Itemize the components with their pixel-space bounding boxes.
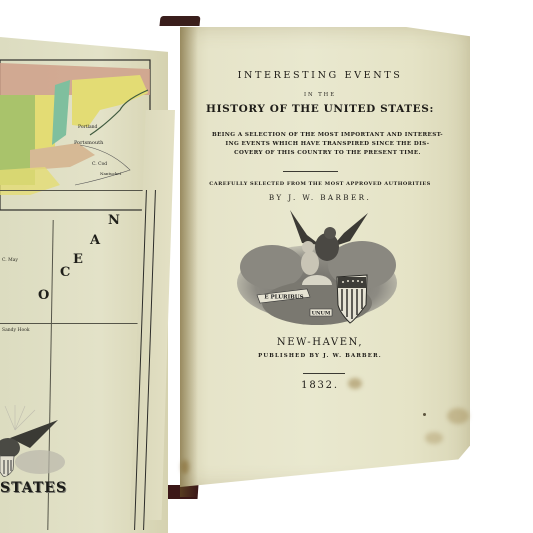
map-label-cape-may: C. May (2, 258, 18, 263)
book-photo: INTERESTING EVENTS IN THE HISTORY OF THE… (0, 0, 533, 533)
title-line-2: IN THE (190, 92, 450, 98)
map-label-nantucket: Nantucket (100, 171, 122, 176)
ocean-letter: N (108, 213, 122, 228)
foxing-stain (348, 378, 362, 389)
map-title-states: STATES (0, 480, 67, 496)
banner-text-1: E PLURIBUS (264, 295, 303, 301)
book-cover-top-edge (159, 16, 200, 26)
foxing-stain (447, 408, 469, 424)
subtitle: BEING A SELECTION OF THE MOST IMPORTANT … (200, 131, 455, 158)
publisher-line: PUBLISHED BY J. W. BARBER. (190, 353, 450, 359)
foxing-stain (181, 460, 189, 474)
eagle-vignette-icon: E PLURIBUS UNUM (232, 205, 402, 330)
map-grid-line (0, 323, 140, 324)
subtitle-line: BEING A SELECTION OF THE MOST IMPORTANT … (200, 131, 455, 140)
banner-text-2: UNUM (312, 311, 331, 317)
subtitle-line: ING EVENTS WHICH HAVE TRANSPIRED SINCE T… (200, 140, 455, 149)
place-line: NEW-HAVEN, (190, 337, 450, 348)
map-label-sandy-hook: Sandy Hook (2, 328, 30, 333)
ocean-letter: E (73, 252, 85, 267)
selected-line: CAREFULLY SELECTED FROM THE MOST APPROVE… (190, 181, 450, 187)
foxing-stain (425, 432, 443, 444)
title-line-3: HISTORY OF THE UNITED STATES: (190, 103, 450, 115)
ocean-letter: A (90, 233, 102, 248)
title-line-1: INTERESTING EVENTS (190, 70, 450, 81)
map-label-portsmouth: Portsmouth (74, 140, 104, 146)
author-line: BY J. W. BARBER. (190, 193, 450, 202)
foxing-dot (423, 413, 426, 416)
year-line: 1832. (190, 380, 450, 391)
map-eagle-emblem-icon (0, 400, 70, 480)
map-label-portland: Portland (78, 124, 98, 130)
ocean-letter: C (60, 265, 72, 280)
divider-rule (303, 373, 345, 374)
map-coastline-icon: Portsmouth Portland C. Cod Nantucket (0, 55, 160, 215)
map-grid-line (0, 190, 150, 191)
subtitle-line: COVERY OF THIS COUNTRY TO THE PRESENT TI… (200, 149, 455, 158)
ocean-letter: O (38, 288, 51, 303)
map-label-cape-cod: C. Cod (92, 161, 107, 167)
divider-rule (283, 171, 338, 172)
